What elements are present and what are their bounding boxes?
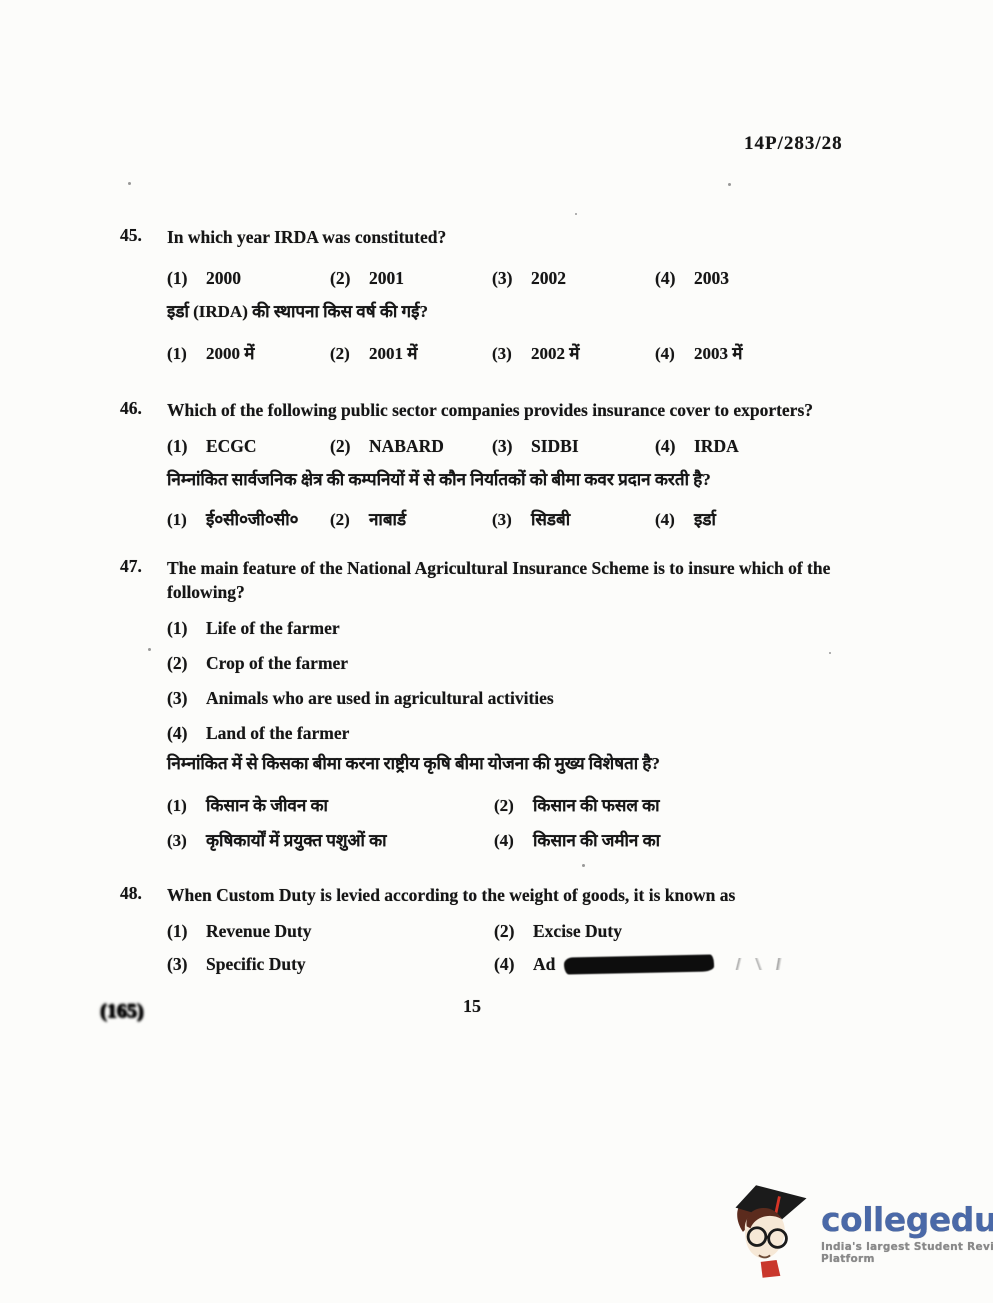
question-48-options-row1: (1)Revenue Duty (2)Excise Duty [167, 919, 895, 943]
question-46-number: 46. [120, 398, 167, 533]
question-45-options-en: (1)2000 (2)2001 (3)2002 (4)2003 [167, 266, 895, 290]
collegedunia-logo: collegedunia com India's largest Student… [728, 1183, 993, 1284]
question-46-options-en: (1)ECGC (2)NABARD (3)SIDBI (4)IRDA [167, 434, 895, 458]
option-46-4-en: (4)IRDA [655, 434, 895, 458]
question-45-number: 45. [120, 225, 167, 367]
option-text: IRDA [694, 436, 739, 456]
option-47-3-hi: (3)कृषिकार्यों में प्रयुक्त पशुओं का [167, 828, 494, 854]
option-text: Specific Duty [206, 954, 306, 974]
question-47-options-en: (1)Life of the farmer (2)Crop of the far… [167, 616, 895, 745]
option-text: 2002 [531, 268, 566, 288]
option-text: किसान की फसल का [533, 796, 660, 815]
option-text: SIDBI [531, 436, 579, 456]
option-label: (1) [167, 919, 196, 943]
option-text: 2001 [369, 268, 404, 288]
option-label: (1) [167, 793, 196, 819]
scanned-exam-page: 14P/283/28 45. In which year IRDA was co… [0, 0, 993, 1303]
option-label: (3) [167, 828, 196, 854]
option-46-3-en: (3)SIDBI [492, 434, 655, 458]
option-text: किसान के जीवन का [206, 796, 328, 815]
option-text: इर्डा [694, 510, 716, 529]
question-45-options-hi: (1)2000 में (2)2001 में (3)2002 में (4)2… [167, 341, 895, 367]
option-47-2-hi: (2)किसान की फसल का [494, 793, 895, 819]
option-47-4-en: (4)Land of the farmer [167, 721, 895, 745]
option-45-4-hi: (4)2003 में [655, 341, 895, 367]
option-label: (1) [167, 341, 196, 367]
option-45-4-en: (4)2003 [655, 266, 895, 290]
option-47-3-en: (3)Animals who are used in agricultural … [167, 686, 895, 710]
option-text: कृषिकार्यों में प्रयुक्त पशुओं का [206, 831, 387, 850]
option-label: (2) [167, 651, 196, 675]
option-label: (2) [330, 266, 359, 290]
question-48-options-row2: (3)Specific Duty (4)Ad [167, 952, 895, 976]
questions-area: 45. In which year IRDA was constituted? … [120, 225, 895, 976]
scan-speck [128, 182, 131, 185]
option-label: (4) [494, 952, 523, 976]
option-text: Animals who are used in agricultural act… [206, 688, 554, 708]
option-text: 2000 में [206, 344, 254, 363]
option-46-2-en: (2)NABARD [330, 434, 492, 458]
option-label: (4) [655, 341, 684, 367]
question-45: 45. In which year IRDA was constituted? … [120, 225, 895, 367]
option-47-1-en: (1)Life of the farmer [167, 616, 895, 640]
question-46-text-en: Which of the following public sector com… [167, 398, 895, 422]
option-text: Land of the farmer [206, 723, 349, 743]
option-47-4-hi: (4)किसान की जमीन का [494, 828, 895, 854]
page-number: 15 [463, 996, 481, 1017]
redaction-smudge [564, 954, 714, 974]
option-text: 2001 में [369, 344, 417, 363]
option-label: (2) [494, 919, 523, 943]
option-46-1-hi: (1)ई०सी०जी०सी० [167, 507, 330, 533]
option-label: (4) [494, 828, 523, 854]
option-label: (4) [655, 266, 684, 290]
option-45-1-en: (1)2000 [167, 266, 330, 290]
print-series-code: (165) [100, 1000, 143, 1023]
option-label: (4) [655, 507, 684, 533]
question-48: 48. When Custom Duty is levied according… [120, 883, 895, 976]
option-47-2-en: (2)Crop of the farmer [167, 651, 895, 675]
option-text: किसान की जमीन का [533, 831, 660, 850]
option-text: 2003 में [694, 344, 742, 363]
question-46-text-hi: निम्नांकित सार्वजनिक क्षेत्र की कम्पनियो… [167, 467, 895, 493]
option-48-2-en: (2)Excise Duty [494, 919, 895, 943]
option-46-1-en: (1)ECGC [167, 434, 330, 458]
option-46-3-hi: (3)सिडबी [492, 507, 655, 533]
option-label: (2) [330, 341, 359, 367]
question-46-options-hi: (1)ई०सी०जी०सी० (2)नाबार्ड (3)सिडबी (4)इर… [167, 507, 895, 533]
option-label: (4) [655, 434, 684, 458]
option-45-2-hi: (2)2001 में [330, 341, 492, 367]
option-text: ई०सी०जी०सी० [206, 510, 299, 529]
question-45-text-en: In which year IRDA was constituted? [167, 225, 895, 249]
option-48-1-en: (1)Revenue Duty [167, 919, 494, 943]
question-48-text-en: When Custom Duty is levied according to … [167, 883, 895, 907]
option-48-3-en: (3)Specific Duty [167, 952, 494, 976]
question-46: 46. Which of the following public sector… [120, 398, 895, 533]
question-48-number: 48. [120, 883, 167, 976]
option-text: 2002 में [531, 344, 579, 363]
question-47-options-hi-row2: (3)कृषिकार्यों में प्रयुक्त पशुओं का (4)… [167, 828, 895, 854]
option-45-2-en: (2)2001 [330, 266, 492, 290]
option-label: (1) [167, 616, 196, 640]
option-label: (3) [492, 266, 521, 290]
option-text: Life of the farmer [206, 618, 340, 638]
scan-speck [728, 183, 731, 186]
option-text: सिडबी [531, 510, 570, 529]
option-label: (1) [167, 507, 196, 533]
scan-speck [575, 213, 577, 215]
option-text: Excise Duty [533, 921, 622, 941]
option-text: ECGC [206, 436, 257, 456]
paper-code: 14P/283/28 [744, 133, 843, 155]
option-label: (2) [330, 434, 359, 458]
option-label: (3) [492, 507, 521, 533]
option-label: (1) [167, 434, 196, 458]
option-45-3-hi: (3)2002 में [492, 341, 655, 367]
option-text: Ad [533, 954, 555, 974]
question-47: 47. The main feature of the National Agr… [120, 556, 895, 854]
option-label: (2) [330, 507, 359, 533]
pencil-scribble [726, 958, 790, 970]
collegedunia-tagline: India's largest Student Review Platform [821, 1241, 993, 1265]
question-47-text-en: The main feature of the National Agricul… [167, 556, 867, 604]
question-47-number: 47. [120, 556, 167, 854]
option-label: (3) [167, 686, 196, 710]
option-47-1-hi: (1)किसान के जीवन का [167, 793, 494, 819]
option-text: 2003 [694, 268, 729, 288]
option-45-3-en: (3)2002 [492, 266, 655, 290]
collegedunia-wordmark: collegedunia [821, 1202, 993, 1238]
option-46-2-hi: (2)नाबार्ड [330, 507, 492, 533]
option-label: (2) [494, 793, 523, 819]
option-text: Revenue Duty [206, 921, 311, 941]
option-label: (3) [492, 434, 521, 458]
collegedunia-mascot-icon [728, 1183, 814, 1284]
option-label: (1) [167, 266, 196, 290]
option-46-4-hi: (4)इर्डा [655, 507, 895, 533]
option-48-4-en: (4)Ad [494, 952, 895, 976]
option-text: नाबार्ड [369, 510, 406, 529]
option-label: (3) [167, 952, 196, 976]
option-text: 2000 [206, 268, 241, 288]
option-45-1-hi: (1)2000 में [167, 341, 330, 367]
question-45-text-hi: इर्डा (IRDA) की स्थापना किस वर्ष की गई? [167, 299, 895, 325]
question-47-text-hi: निम्नांकित में से किसका बीमा करना राष्ट्… [167, 751, 895, 777]
option-text: Crop of the farmer [206, 653, 348, 673]
option-text: NABARD [369, 436, 444, 456]
question-47-options-hi-row1: (1)किसान के जीवन का (2)किसान की फसल का [167, 793, 895, 819]
option-label: (3) [492, 341, 521, 367]
option-label: (4) [167, 721, 196, 745]
